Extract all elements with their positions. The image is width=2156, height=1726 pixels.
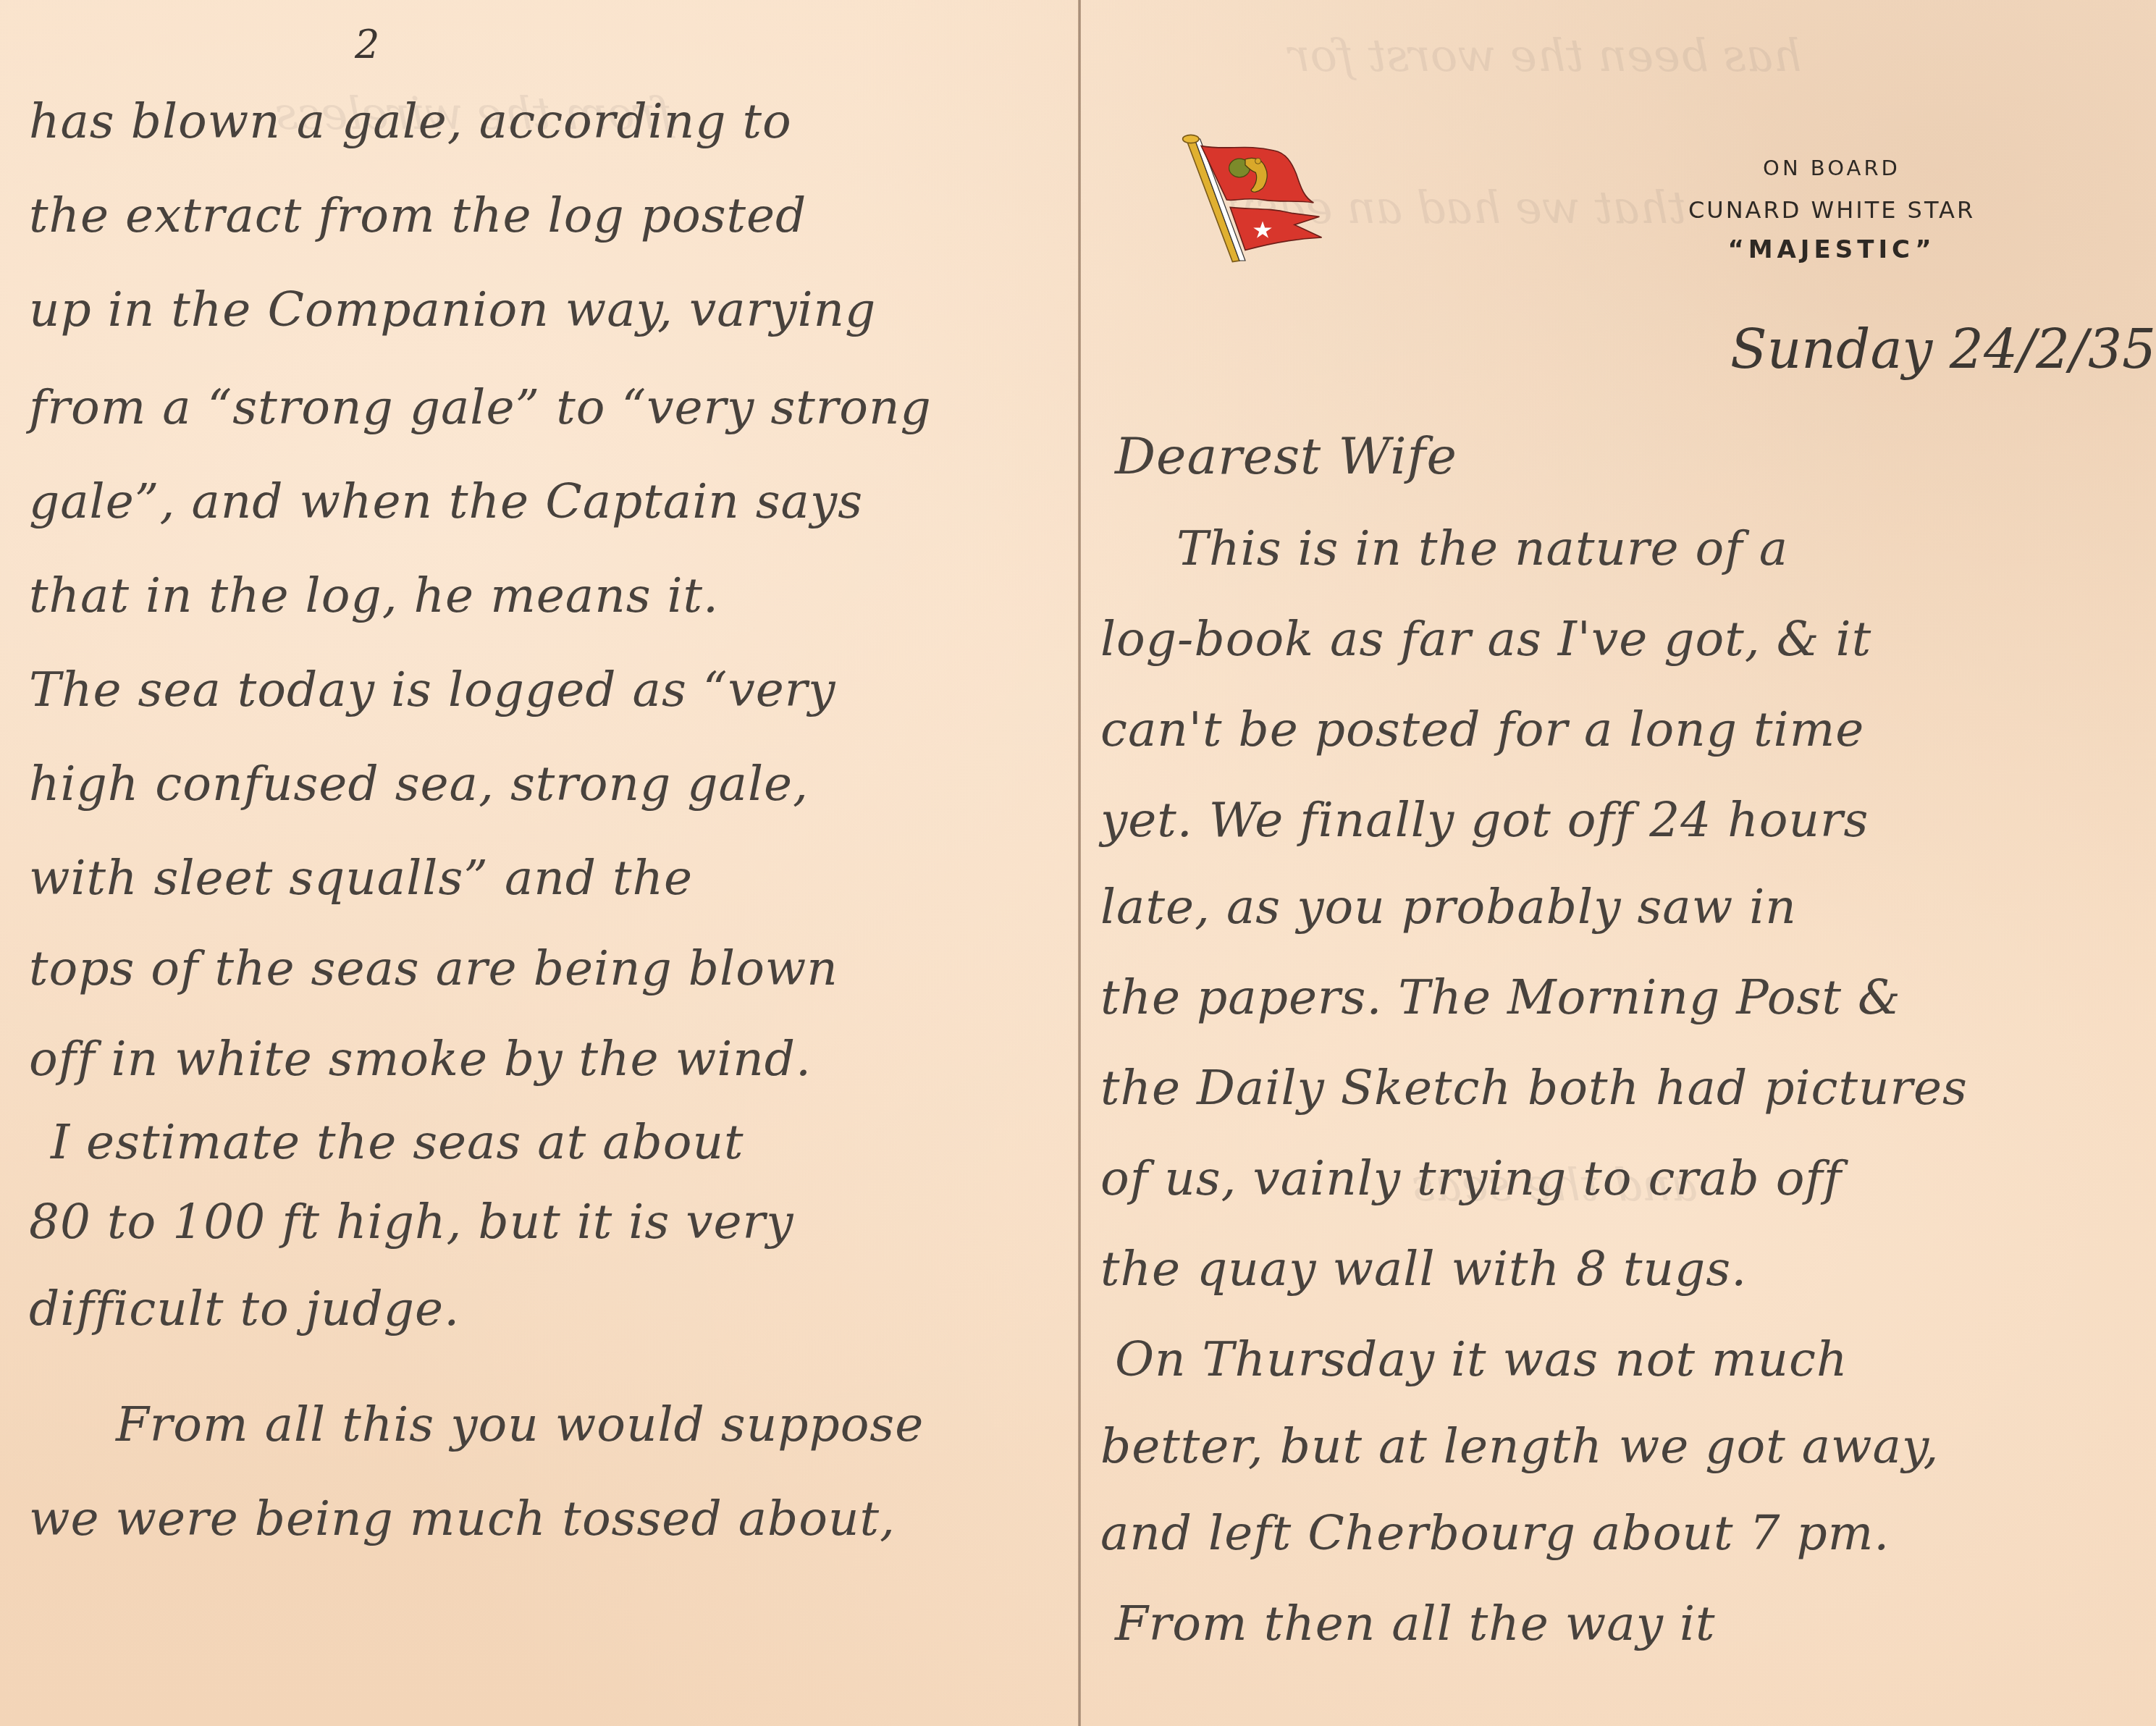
page-number: 2 (355, 22, 379, 67)
handwritten-line: 80 to 100 ft high, but it is very (29, 1198, 793, 1246)
letterhead: ON BOARD CUNARD WHITE STAR “MAJESTIC” (1614, 156, 2049, 264)
handwritten-line: the papers. The Morning Post & (1100, 974, 1901, 1022)
handwritten-line: from a “strong gale” to “very strong (29, 384, 932, 432)
handwritten-line: This is in the nature of a (1176, 525, 1788, 573)
handwritten-line: gale”, and when the Captain says (29, 478, 863, 526)
handwritten-line: yet. We finally got off 24 hours (1100, 796, 1869, 844)
handwritten-line: tops of the seas are being blown (29, 945, 838, 993)
flag-icon (1158, 116, 1332, 290)
letterhead-on-board: ON BOARD (1614, 156, 2049, 180)
handwritten-line: and left Cherbourg about 7 pm. (1100, 1510, 1890, 1557)
handwritten-line: has blown a gale, according to (29, 98, 792, 146)
handwritten-line: that in the log, he means it. (29, 572, 719, 620)
bleed-through-text: has been the worst for (1289, 29, 1802, 82)
letterhead-ship-name: “MAJESTIC” (1614, 235, 2049, 264)
handwritten-line: with sleet squalls” and the (29, 854, 693, 902)
handwritten-line: of us, vainly trying to crab off (1100, 1155, 1842, 1203)
handwritten-line: On Thursday it was not much (1115, 1336, 1848, 1384)
handwritten-line: difficult to judge. (29, 1285, 460, 1333)
handwritten-line: log-book as far as I've got, & it (1100, 615, 1871, 663)
handwritten-line: The sea today is logged as “very (29, 666, 836, 714)
handwritten-line: up in the Companion way, varying (29, 286, 876, 334)
letter-sheet: has been the worst for that we had an ea… (0, 0, 2156, 1726)
handwritten-line: From then all the way it (1115, 1600, 1716, 1648)
handwritten-line: can't be posted for a long time (1100, 706, 1864, 754)
handwritten-line: late, as you probably saw in (1100, 883, 1797, 931)
cunard-white-star-flags-icon (1158, 116, 1332, 290)
handwritten-line: From all this you would suppose (116, 1401, 924, 1449)
letterhead-company: CUNARD WHITE STAR (1614, 196, 2049, 224)
handwritten-line: high confused sea, strong gale, (29, 760, 809, 808)
handwritten-line: we were being much tossed about, (29, 1495, 896, 1543)
handwritten-line: the extract from the log posted (29, 192, 807, 240)
handwritten-line: off in white smoke by the wind. (29, 1035, 812, 1083)
letter-date: Sunday 24/2/35 (1730, 319, 2156, 381)
handwritten-line: better, but at length we got away, (1100, 1423, 1939, 1470)
left-page: 2 has blown a gale, according to the ext… (0, 0, 1079, 1726)
handwritten-line: the Daily Sketch both had pictures (1100, 1064, 1968, 1112)
salutation: Dearest Wife (1115, 431, 1457, 481)
page-fold-line (1078, 0, 1081, 1726)
handwritten-line: I estimate the seas at about (51, 1119, 744, 1166)
handwritten-line: the quay wall with 8 tugs. (1100, 1245, 1747, 1293)
